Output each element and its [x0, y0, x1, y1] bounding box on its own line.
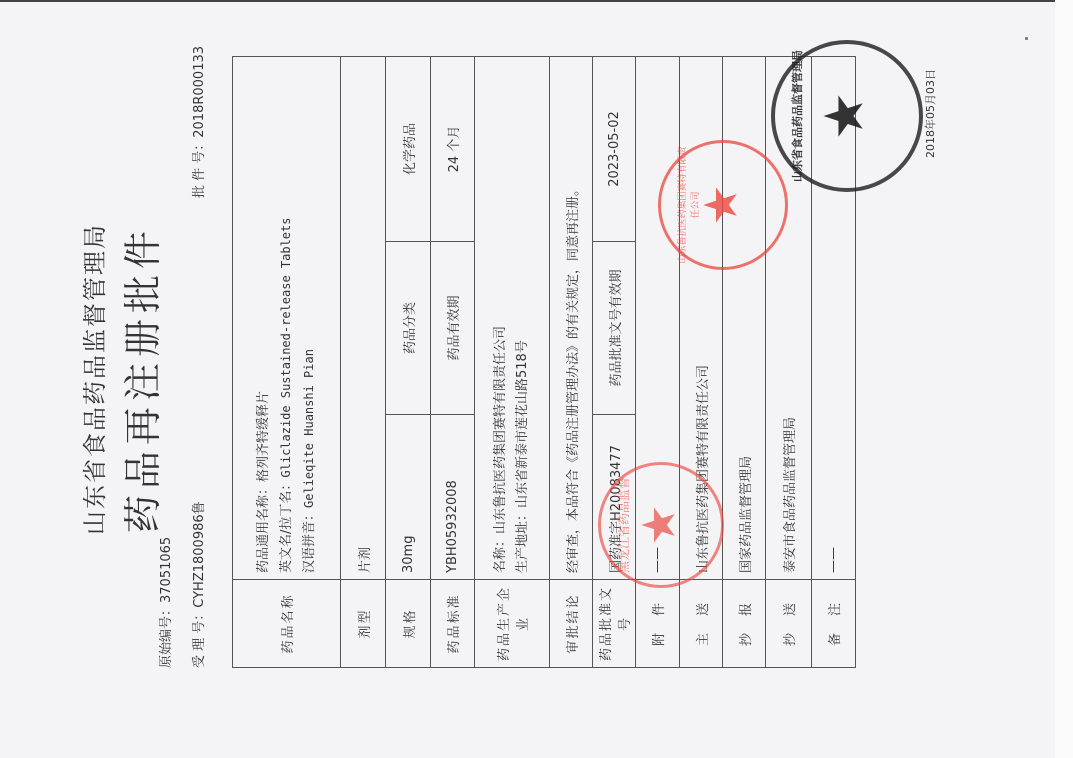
drug-name-cell: 药品通用名称：格列齐特缓释片 英文名/拉丁名：Gliclazide Sustai… [233, 57, 341, 580]
approval-label: 药品批准文号 [593, 580, 636, 668]
standard-label: 药品标准 [431, 580, 475, 668]
original-number-label: 原始编号： [159, 603, 174, 668]
dosage-form-label: 剂型 [341, 580, 386, 668]
batch-number: 批 件 号：2018R000133 [188, 46, 207, 198]
batch-number-label: 批 件 号： [192, 138, 207, 198]
category-value: 化学药品 [386, 57, 431, 242]
official-seal: 山东省食品药品监督管理局 ★ [771, 40, 923, 192]
pinyin-value: Gelieqite Huanshi Pian [302, 349, 316, 508]
approval-validity-label: 药品批准文号有效期 [593, 242, 636, 415]
table-row-drug-name: 药品名称 药品通用名称：格列齐特缓释片 英文名/拉丁名：Gliclazide S… [233, 57, 341, 668]
pinyin-label: 汉语拼音： [302, 508, 317, 573]
official-seal-date: 2018年05月03日 [922, 69, 938, 158]
star-icon: ★ [698, 184, 744, 225]
issuing-agency: 山东省食品药品监督管理局 [75, 0, 110, 758]
provincial-seal-text: 黑龙江省药品监督 [615, 465, 632, 585]
acceptance-number: 受 理 号：CYHZ1800986鲁 [188, 501, 207, 668]
batch-number-value: 2018R000133 [192, 46, 207, 138]
generic-name-label: 药品通用名称： [256, 482, 271, 573]
table-row-spec: 规格 30mg 药品分类 化学药品 [386, 57, 431, 668]
manufacturer-name-value: 山东鲁抗医药集团赛特有限责任公司 [493, 326, 508, 534]
copy-to-label: 抄 送 [766, 580, 812, 668]
approval-validity-value: 2023-05-02 [593, 57, 636, 242]
original-number: 原始编号：37051065 [155, 537, 174, 668]
english-name-value: Gliclazide Sustained-release Tablets [279, 218, 293, 478]
category-label: 药品分类 [386, 242, 431, 415]
remarks-label: 备 注 [812, 580, 856, 668]
manufacturer-label: 药品生产企业 [475, 580, 550, 668]
dosage-form-value: 片剂 [341, 57, 386, 580]
drug-name-label: 药品名称 [233, 580, 341, 668]
acceptance-number-value: CYHZ1800986鲁 [192, 501, 207, 607]
attachment-label: 附 件 [636, 580, 680, 668]
scan-speck [1025, 37, 1028, 40]
spec-value: 30mg [386, 415, 431, 580]
manufacturer-cell: 名称：山东鲁抗医药集团赛特有限责任公司 生产地址：山东省新泰市莲花山路518号 [475, 57, 550, 580]
provincial-seal: 黑龙江省药品监督 ★ [598, 462, 724, 588]
generic-name-value: 格列齐特缓释片 [256, 391, 271, 482]
manufacturer-address-value: 山东省新泰市莲花山路518号 [515, 340, 530, 508]
manufacturer-address-label: 生产地址： [515, 508, 530, 573]
report-to-label: 抄 报 [723, 580, 766, 668]
registration-table: 药品名称 药品通用名称：格列齐特缓释片 英文名/拉丁名：Gliclazide S… [232, 56, 856, 668]
original-number-value: 37051065 [159, 537, 174, 603]
manufacturer-name-label: 名称： [493, 534, 508, 573]
standard-value: YBH05932008 [431, 415, 475, 580]
conclusion-value: 经审查，本品符合《药品注册管理办法》的有关规定，同意再注册。 [550, 57, 593, 580]
table-row-dosage-form: 剂型 片剂 [341, 57, 386, 668]
main-recipient-label: 主 送 [680, 580, 723, 668]
star-icon: ★ [817, 92, 871, 140]
acceptance-number-label: 受 理 号： [192, 608, 207, 668]
table-row-conclusion: 审批结论 经审查，本品符合《药品注册管理办法》的有关规定，同意再注册。 [550, 57, 593, 668]
star-icon: ★ [636, 504, 682, 545]
validity-value: 24 个月 [431, 57, 475, 242]
table-row-standard: 药品标准 YBH05932008 药品有效期 24 个月 [431, 57, 475, 668]
english-name-label: 英文名/拉丁名： [279, 478, 294, 573]
registration-certificate-page: 山东省食品药品监督管理局 药品再注册批件 原始编号：37051065 受 理 号… [0, 0, 1073, 758]
validity-label: 药品有效期 [431, 242, 475, 415]
company-seal: 山东鲁抗医药集团赛特有限责任公司 ★ [658, 140, 788, 270]
spec-label: 规格 [386, 580, 431, 668]
report-to-value: 国家药品监督管理局 [723, 57, 766, 580]
table-row-manufacturer: 药品生产企业 名称：山东鲁抗医药集团赛特有限责任公司 生产地址：山东省新泰市莲花… [475, 57, 550, 668]
conclusion-label: 审批结论 [550, 580, 593, 668]
official-seal-text: 山东省食品药品监督管理局 [789, 44, 805, 188]
